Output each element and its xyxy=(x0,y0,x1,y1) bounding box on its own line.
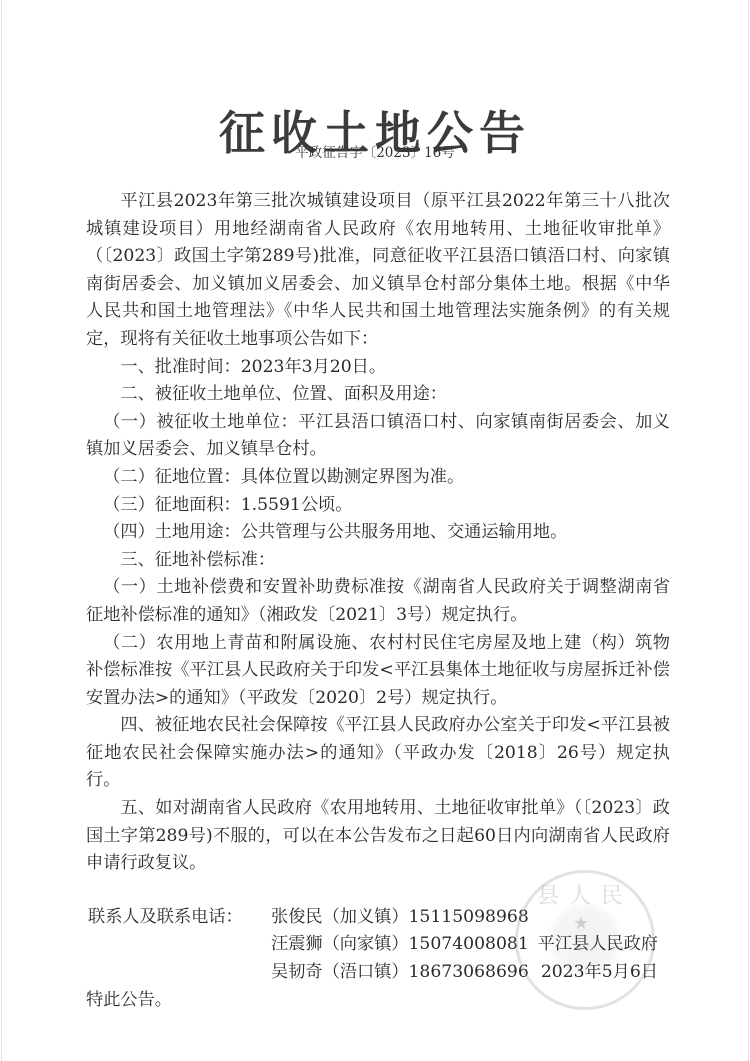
section-land-heading: 二、被征收土地单位、位置、面积及用途： xyxy=(86,381,670,409)
section-review: 五、如对湖南省人民政府《农用地转用、土地征收审批单》（〔2023〕政国土字第28… xyxy=(86,795,670,878)
intro-paragraph: 平江县2023年第三批次城镇建设项目（原平江县2022年第三十八批次城镇建设项目… xyxy=(86,188,670,354)
issuer-name: 平江县人民政府 xyxy=(498,931,658,959)
section-land-location: （二）征地位置：具体位置以勘测定界图为准。 xyxy=(86,464,670,492)
contact-row: 联系人及联系电话： 张俊民（加义镇）15115098968 xyxy=(86,904,670,932)
contact-entry: 吴韧奇（浯口镇）18673068696 xyxy=(271,959,529,987)
signature-block: 平江县人民政府 2023年5月6日 xyxy=(498,931,658,986)
document-body: 平江县2023年第三批次城镇建设项目（原平江县2022年第三十八批次城镇建设项目… xyxy=(86,188,670,1014)
section-compensation-land: （一）土地补偿费和安置补助费标准按《湖南省人民政府关于调整湖南省征地补偿标准的通… xyxy=(86,574,670,629)
document-number: 平政征告字〔2023〕16号 xyxy=(0,144,750,162)
section-compensation-heading: 三、征地补偿标准： xyxy=(86,547,670,575)
contact-entry: 张俊民（加义镇）15115098968 xyxy=(271,904,529,932)
contact-entry: 汪震狮（向家镇）15074008081 xyxy=(271,931,529,959)
spacer xyxy=(86,878,670,904)
section-compensation-crops: （二）农用地上青苗和附属设施、农村村民住宅房屋及地上建（构）筑物补偿标准按《平江… xyxy=(86,630,670,713)
section-land-area: （三）征地面积：1.5591公顷。 xyxy=(86,492,670,520)
section-land-use: （四）土地用途：公共管理与公共服务用地、交通运输用地。 xyxy=(86,519,670,547)
section-approval-time: 一、批准时间：2023年3月20日。 xyxy=(86,354,670,382)
section-social-security: 四、被征地农民社会保障按《平江县人民政府办公室关于印发<平江县被征地农民社会保障… xyxy=(86,712,670,795)
closing-statement: 特此公告。 xyxy=(86,987,670,1015)
issue-date: 2023年5月6日 xyxy=(498,959,658,987)
contacts-label: 联系人及联系电话： xyxy=(86,904,271,932)
section-land-units: （一）被征收土地单位：平江县浯口镇浯口村、向家镇南街居委会、加义镇加义居委会、加… xyxy=(86,409,670,464)
